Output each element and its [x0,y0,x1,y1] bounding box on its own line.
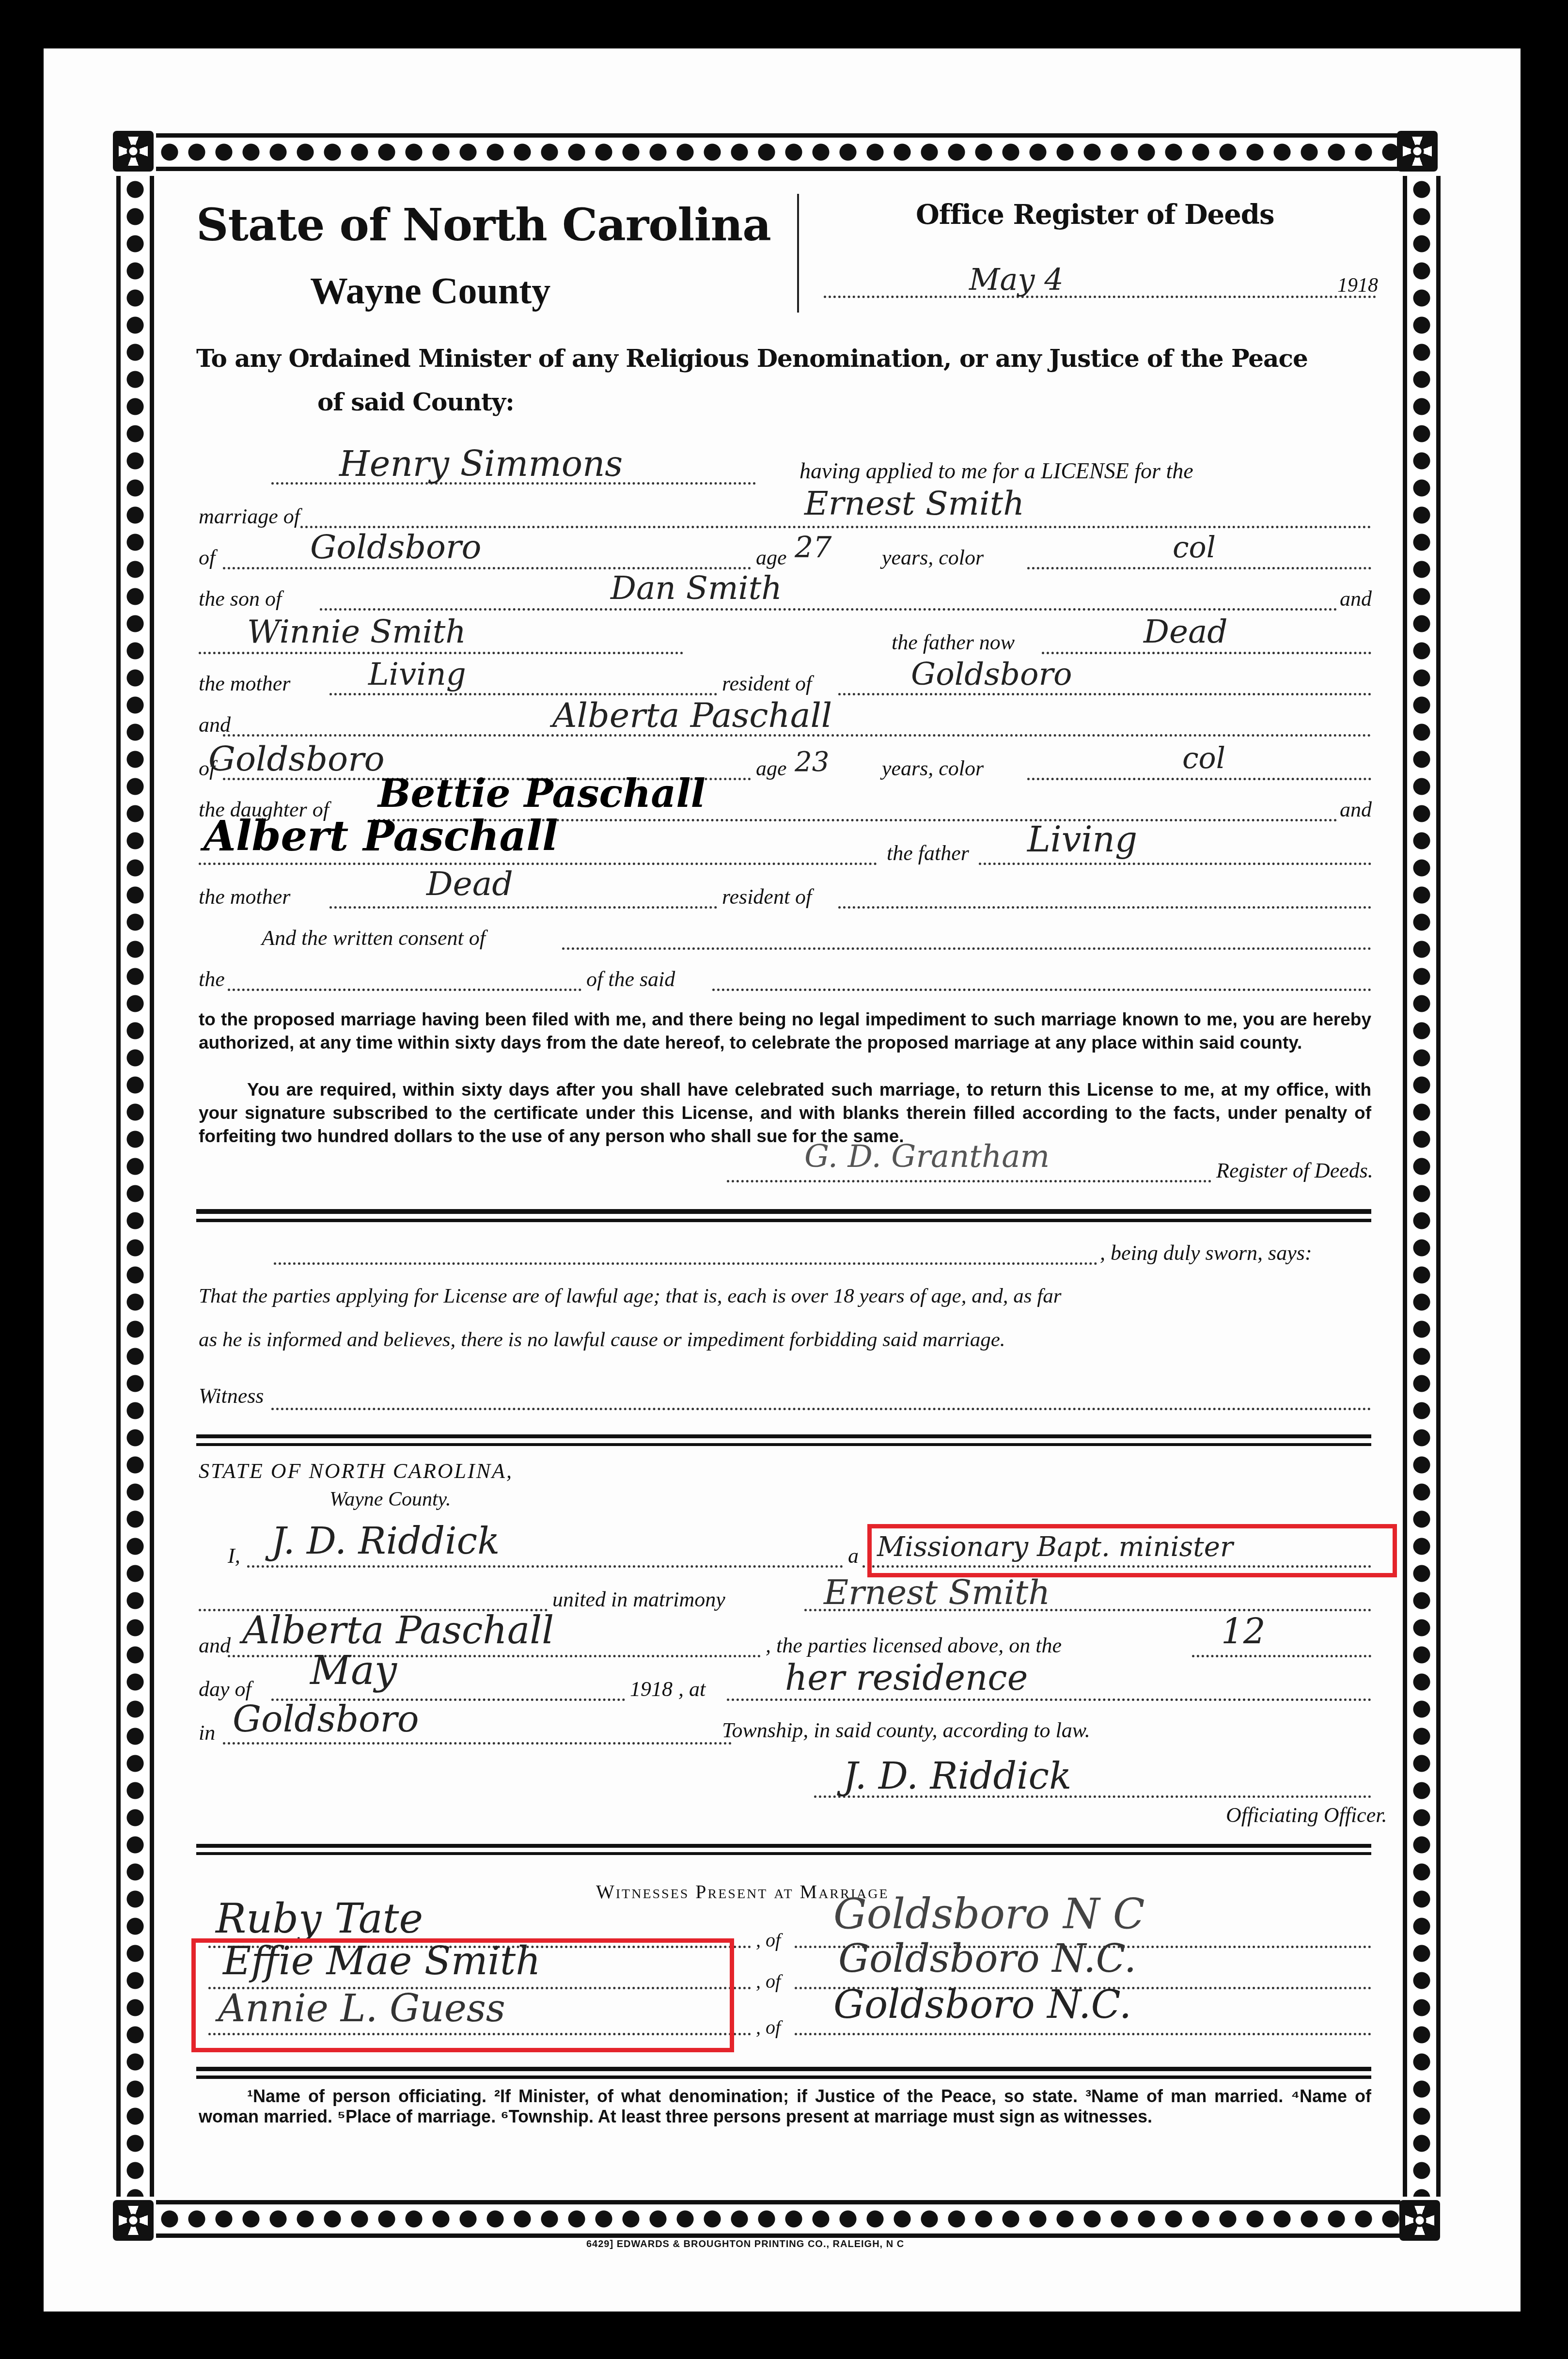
day-of-label: day of [199,1677,251,1701]
groom-mother-status: Living [368,657,466,692]
affidavit-statement-1: That the parties applying for License ar… [199,1284,1061,1308]
authorization-paragraph: to the proposed marriage having been fil… [199,1008,1371,1054]
border-bottom [156,2200,1400,2238]
officiant-line [247,1565,843,1568]
groom-age: 27 [795,531,831,565]
register-signature: G. D. Grantham [804,1139,1050,1175]
label-mother-bride: the mother [199,884,290,909]
cert-year: 1918 [630,1677,673,1701]
at-label: , at [678,1677,706,1701]
bride-mother-resident-line [838,906,1371,909]
cert-day: 12 [1221,1611,1266,1652]
bride-father-status-line [979,863,1371,865]
requirement-paragraph: You are required, within sixty days afte… [199,1078,1371,1148]
cert-month: May [310,1648,397,1694]
witness-label: Witness [199,1384,264,1408]
said-line [712,989,1371,991]
label-marriage-of: marriage of [199,504,300,529]
label-and-2: and [1340,797,1372,822]
printer-imprint: 6429] EDWARDS & BROUGHTON PRINTING CO., … [586,2239,904,2250]
officiant-prefix: I, [228,1543,240,1568]
bride-mother-status: Dead [426,865,513,903]
witness-1-name: Ruby Tate [216,1895,423,1942]
cert-bride-line [228,1655,761,1657]
label-resident-of: resident of [722,671,812,696]
county-title: Wayne County [310,269,550,313]
denomination-prefix: a [848,1543,859,1568]
groom-color-line [1027,567,1371,569]
parties-label: , the parties licensed above, on the [766,1633,1062,1658]
label-mother: the mother [199,671,290,696]
groom-residence: Goldsboro [310,528,481,566]
groom-father-status-line [1042,652,1371,654]
cert-groom: Ernest Smith [824,1573,1050,1612]
label-father: the father [887,841,969,865]
date-month-day: May 4 [969,262,1064,297]
officer-title: Officiating Officer. [1226,1803,1387,1827]
divider-bottom-1 [196,2067,1371,2071]
date-year: 1918 [1337,274,1378,297]
label-of-the-said: of the said [586,967,675,991]
witness-3-residence-line [795,2033,1371,2035]
witness-1-residence: Goldsboro N C [833,1890,1145,1938]
label-years-color: years, color [882,545,984,570]
applying-text: having applied to me for a LICENSE for t… [800,458,1193,484]
footnotes: ¹Name of person officiating. ²If Ministe… [199,2086,1371,2127]
groom-parent1: Dan Smith [611,569,782,607]
office-title: Office Register of Deeds [916,199,1274,231]
label-years-color-bride: years, color [882,756,984,781]
township-label: Township, in said county, according to l… [722,1718,1090,1743]
cert-place-line [727,1698,1371,1701]
witness-2-of: , of [756,1970,781,1993]
label-written-consent: And the written consent of [262,926,486,950]
officiant-name: J. D. Riddick [271,1519,500,1562]
divider-witness-2 [196,1852,1371,1855]
bride-parent2-line [199,863,877,865]
united-label: united in matrimony [552,1587,725,1612]
consent-the-line [228,989,581,991]
bride-name: Alberta Paschall [552,695,832,735]
divider-mid-1 [196,1434,1371,1438]
date-line [824,296,1376,298]
officer-signature: J. D. Riddick [843,1754,1071,1797]
highlight-denomination [867,1524,1397,1577]
groom-parent2: Winnie Smith [247,613,466,650]
bride-parent2: Albert Paschall [204,812,558,861]
label-father-now: the father now [892,630,1015,655]
witness-3-residence: Goldsboro N.C. [833,1982,1131,2027]
divider-top-2 [196,1219,1371,1222]
bride-parent1: Bettie Paschall [378,771,706,816]
label-and: and [1340,586,1372,611]
divider-mid-2 [196,1443,1371,1446]
corner-ornament-icon [113,2200,154,2241]
address-line-1: To any Ordained Minister of any Religiou… [196,344,1308,373]
label-age-bride: age [756,756,787,781]
divider-witness-1 [196,1844,1371,1848]
cert-county: Wayne County. [329,1488,451,1511]
witness-1-of: , of [756,1929,781,1951]
cert-state: STATE OF NORTH CAROLINA, [199,1459,513,1483]
address-line-2: of said County: [317,388,514,416]
label-of: of [199,545,215,570]
register-title: Register of Deeds. [1216,1158,1373,1183]
cert-place: her residence [785,1657,1028,1698]
divider-top-1 [196,1209,1371,1214]
groom-mother-resident: Goldsboro [911,657,1072,692]
affiant-line [274,1262,1098,1265]
label-age: age [756,545,787,570]
groom-father-status: Dead [1144,613,1228,650]
corner-ornament-icon [1399,2200,1440,2241]
consent-line [562,947,1371,950]
label-and-bride: and [199,712,231,737]
header-divider [797,194,799,313]
border-left [116,176,154,2197]
divider-bottom-2 [196,2076,1371,2079]
bride-color-line [1027,778,1371,780]
witness-line [271,1408,1371,1410]
register-signature-line [727,1180,1211,1182]
cert-bride: Alberta Paschall [242,1609,554,1652]
cert-day-line [1192,1655,1371,1657]
bride-mother-status-line [329,906,717,909]
corner-ornament-icon [1397,131,1438,172]
sworn-label: , being duly sworn, says: [1100,1241,1312,1265]
in-label: in [199,1720,215,1745]
label-resident-of-bride: resident of [722,884,812,909]
groom-name: Ernest Smith [804,485,1024,523]
bride-color: col [1182,741,1225,775]
cert-and-label: and [199,1633,231,1658]
label-son-of: the son of [199,586,282,611]
groom-parent2-line [199,652,683,654]
border-top [156,133,1400,171]
cert-township: Goldsboro [233,1698,419,1740]
witness-2-residence: Goldsboro N.C. [838,1936,1136,1981]
applicant-name: Henry Simmons [339,443,623,484]
corner-ornament-icon [113,131,154,172]
groom-mother-resident-line [838,693,1371,695]
groom-color: col [1173,531,1216,565]
cert-township-line [223,1742,732,1745]
border-right [1403,176,1441,2197]
state-title: State of North Carolina [196,199,771,251]
highlight-witnesses [191,1938,734,2052]
label-the: the [199,967,225,991]
bride-age: 23 [795,746,829,778]
witness-3-of: , of [756,2016,781,2039]
bride-father-status: Living [1027,819,1137,860]
affidavit-statement-2: as he is informed and believes, there is… [199,1328,1005,1352]
groom-parent1-line [320,608,1337,611]
bride-residence: Goldsboro [208,739,385,779]
